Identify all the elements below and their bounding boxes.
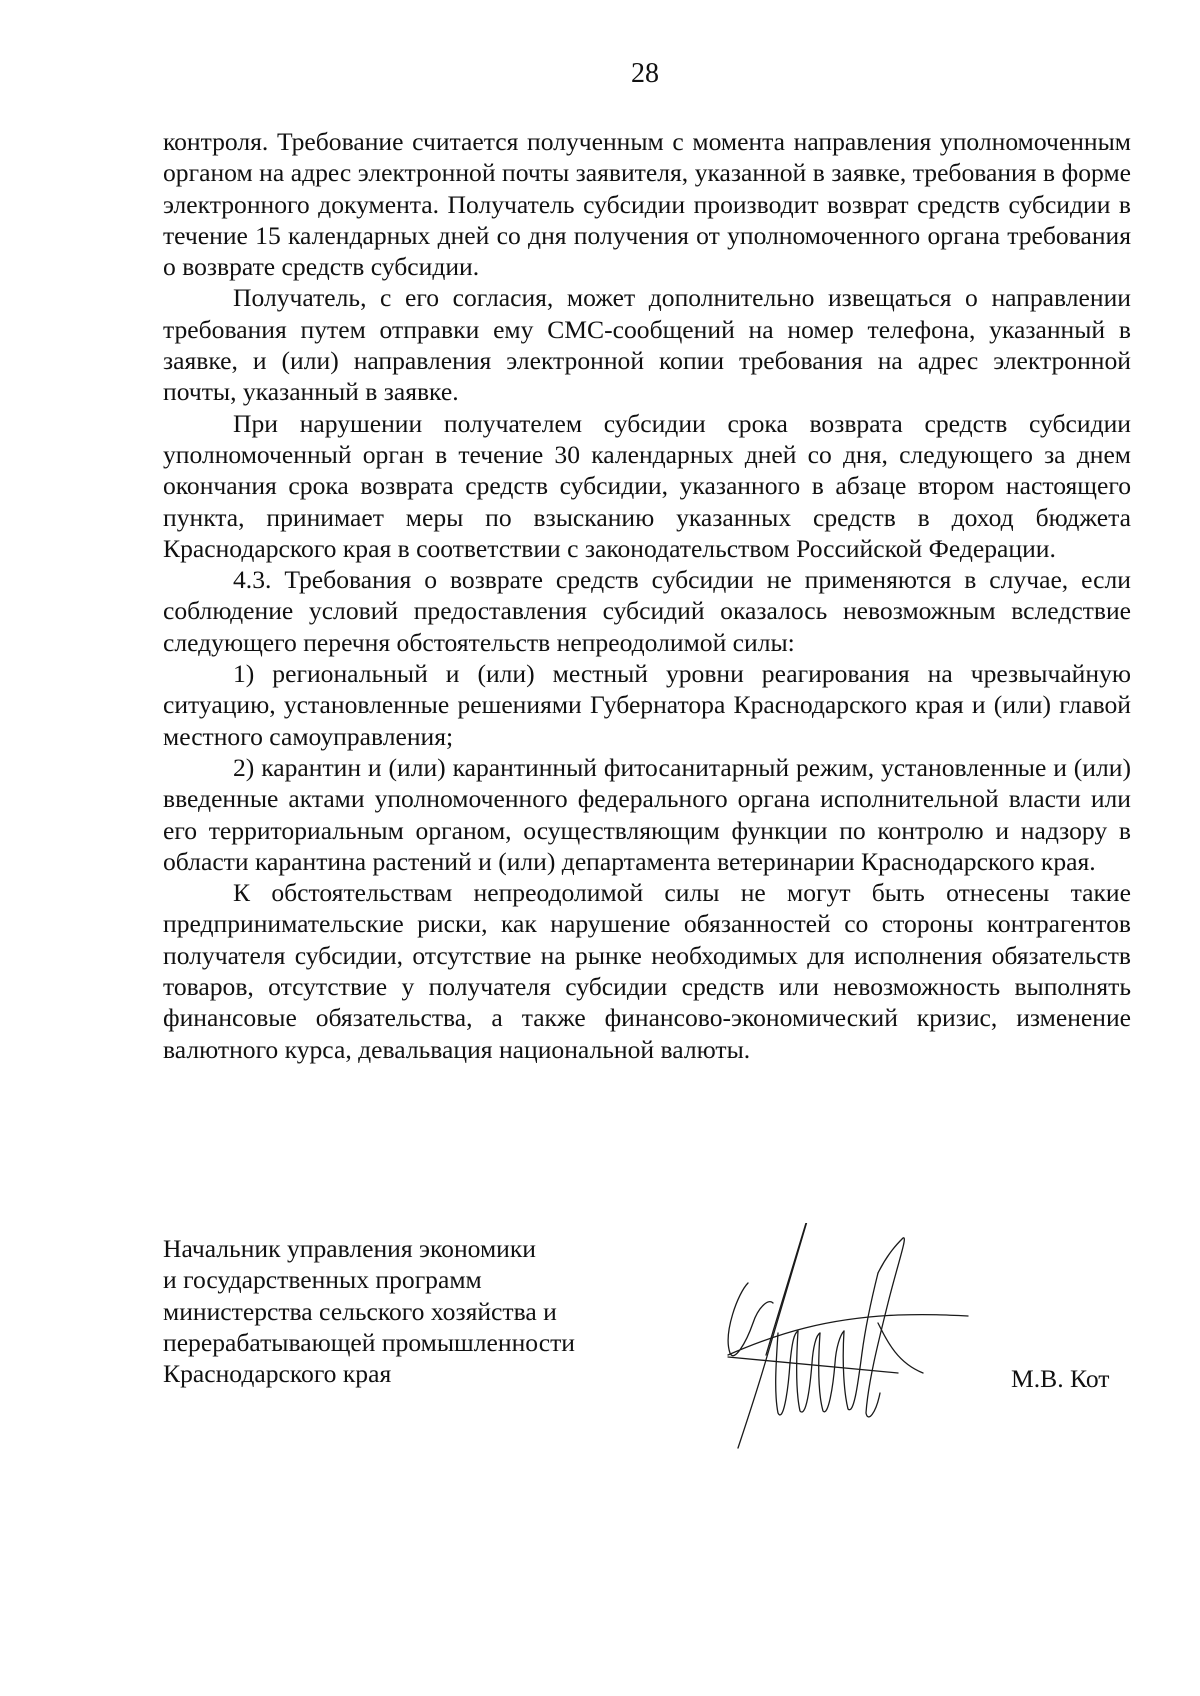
paragraph-control-requirement: контроля. Требование считается полученны…	[163, 126, 1131, 282]
paragraph-sms-notification: Получатель, с его согласия, может дополн…	[163, 282, 1131, 407]
position-line: перерабатывающей промышленности	[163, 1327, 575, 1358]
signature-block: Начальник управления экономики и государ…	[163, 1233, 1131, 1473]
page-number: 28	[0, 58, 1200, 90]
paragraph-violation-recovery: При нарушении получателем субсидии срока…	[163, 408, 1131, 564]
list-item-2-quarantine: 2) карантин и (или) карантинный фитосани…	[163, 752, 1131, 877]
position-line: и государственных программ	[163, 1264, 575, 1295]
position-line: Краснодарского края	[163, 1358, 575, 1389]
document-body: контроля. Требование считается полученны…	[163, 126, 1131, 1065]
signer-name: М.В. Кот	[1011, 1363, 1109, 1394]
position-line: министерства сельского хозяйства и	[163, 1296, 575, 1327]
paragraph-section-4-3: 4.3. Требования о возврате средств субси…	[163, 564, 1131, 658]
position-line: Начальник управления экономики	[163, 1233, 575, 1264]
handwritten-signature-icon	[698, 1223, 978, 1453]
paragraph-force-majeure-exclusions: К обстоятельствам непреодолимой силы не …	[163, 877, 1131, 1065]
signer-position-title: Начальник управления экономики и государ…	[163, 1233, 575, 1389]
list-item-1-emergency: 1) региональный и (или) местный уровни р…	[163, 658, 1131, 752]
